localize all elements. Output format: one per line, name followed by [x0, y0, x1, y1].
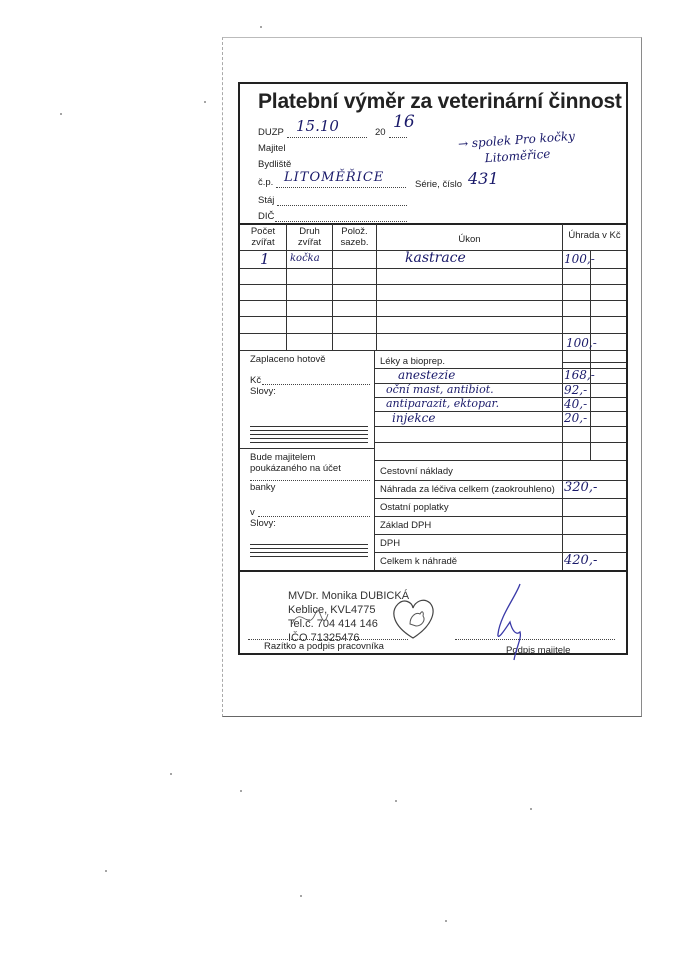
words-line	[250, 442, 368, 443]
paper-speck	[530, 808, 532, 810]
section-line	[240, 448, 374, 449]
medicine-name: anestezie	[398, 368, 455, 382]
paper-speck	[170, 773, 172, 775]
medicine-price: 40,-	[564, 397, 587, 411]
kc-label: Kč	[250, 375, 261, 386]
medicine-price: 20,-	[564, 411, 587, 425]
paper-speck	[240, 790, 242, 792]
medicine-name: injekce	[392, 411, 435, 425]
row-druh: kočka	[290, 253, 320, 264]
table-top-line	[240, 223, 626, 225]
serie-label: Série, číslo	[415, 179, 462, 190]
cp-label: č.p.	[258, 177, 273, 188]
serie-value: 431	[468, 169, 499, 188]
staj-label: Stáj	[258, 195, 274, 206]
paper-speck	[395, 800, 397, 802]
sum-line	[374, 516, 626, 517]
words-line	[250, 548, 368, 549]
year-dots	[389, 137, 407, 138]
words-line	[250, 556, 368, 557]
cp-value: LITOMĚŘICE	[284, 170, 384, 185]
subtotal-value: 100,-	[566, 336, 597, 350]
summary-bottom-line	[240, 570, 626, 572]
med-line	[374, 426, 626, 427]
stamp-dots	[248, 639, 408, 640]
paper-speck	[260, 26, 262, 28]
v-label: v	[250, 507, 255, 518]
row-line	[240, 268, 626, 269]
paper-speck	[445, 920, 447, 922]
dic-dots	[275, 221, 407, 222]
medicine-name: antiparazit, ektopar.	[386, 397, 499, 410]
staj-dots	[277, 205, 407, 206]
duzp-label: DUZP	[258, 127, 284, 138]
summary-medicine-total: Náhrada za léčiva celkem (zaokrouhleno)	[380, 484, 555, 495]
bank-label: Bude majitelem poukázaného na účet	[250, 452, 372, 474]
summary-grand-total: Celkem k náhradě	[380, 556, 457, 567]
owner-signature-icon	[490, 582, 540, 662]
year-value: 16	[393, 112, 415, 132]
medicine-price: 168,-	[564, 368, 595, 382]
veterinary-payment-form: Platební výměr za veterinární činnost DU…	[238, 82, 628, 655]
sum-line	[374, 534, 626, 535]
row-line	[240, 284, 626, 285]
worker-signature-icon	[288, 594, 368, 644]
dic-label: DIČ	[258, 211, 274, 222]
header-uhrada: Úhrada v Kč	[563, 230, 626, 241]
row-line	[240, 300, 626, 301]
row-line	[240, 333, 626, 334]
bank-slovy-label: Slovy:	[250, 518, 276, 529]
col-divider-sub	[590, 250, 591, 460]
year-prefix: 20	[375, 127, 386, 138]
banky-label: banky	[250, 482, 275, 493]
bank-dots	[250, 480, 370, 481]
duzp-dots	[287, 137, 367, 138]
header-druh: Druh zvířat	[287, 226, 332, 248]
row-pocet: 1	[260, 250, 270, 268]
header-pocet: Počet zvířat	[240, 226, 286, 248]
summary-grand-total-value: 420,-	[564, 553, 597, 568]
words-line	[250, 430, 368, 431]
words-line	[250, 552, 368, 553]
paper-speck	[105, 870, 107, 872]
v-dots	[258, 516, 370, 517]
summary-medicine-total-value: 320,-	[564, 480, 597, 495]
row-line	[240, 316, 626, 317]
summary-travel: Cestovní náklady	[380, 466, 453, 477]
paper-speck	[204, 101, 206, 103]
words-line	[250, 544, 368, 545]
cp-dots	[276, 187, 406, 188]
header-ukon: Úkon	[377, 234, 562, 245]
words-line	[250, 438, 368, 439]
paper-speck	[60, 113, 62, 115]
med-line	[562, 362, 626, 363]
summary-other-fees: Ostatní poplatky	[380, 502, 449, 513]
bydliste-label: Bydliště	[258, 159, 291, 170]
summary-vat: DPH	[380, 538, 400, 549]
kc-dots	[262, 384, 370, 385]
med-line	[374, 460, 626, 461]
medicines-label: Léky a bioprep.	[380, 356, 445, 367]
med-line	[374, 442, 626, 443]
sum-line	[374, 498, 626, 499]
medicine-name: oční mast, antibiot.	[386, 383, 494, 396]
header-poloz: Polož. sazeb.	[333, 226, 376, 248]
summary-vat-base: Základ DPH	[380, 520, 431, 531]
majitel-value: → spolek Pro kočky Litoměřice	[431, 126, 603, 170]
cash-slovy-label: Slovy:	[250, 386, 276, 397]
medicine-price: 92,-	[564, 383, 587, 397]
subtotal-line	[240, 350, 626, 351]
stamp-caption: Razítko a podpis pracovníka	[264, 641, 384, 652]
duzp-value: 15.10	[296, 117, 339, 135]
cash-label: Zaplaceno hotově	[250, 354, 326, 365]
row-uhrada: 100,-	[564, 252, 595, 266]
majitel-label: Majitel	[258, 143, 285, 154]
words-line	[250, 434, 368, 435]
words-line	[250, 426, 368, 427]
heart-cat-logo-icon	[388, 594, 438, 642]
paper-speck	[300, 895, 302, 897]
form-title: Platební výměr za veterinární činnost	[258, 90, 622, 114]
row-ukon: kastrace	[405, 250, 466, 266]
